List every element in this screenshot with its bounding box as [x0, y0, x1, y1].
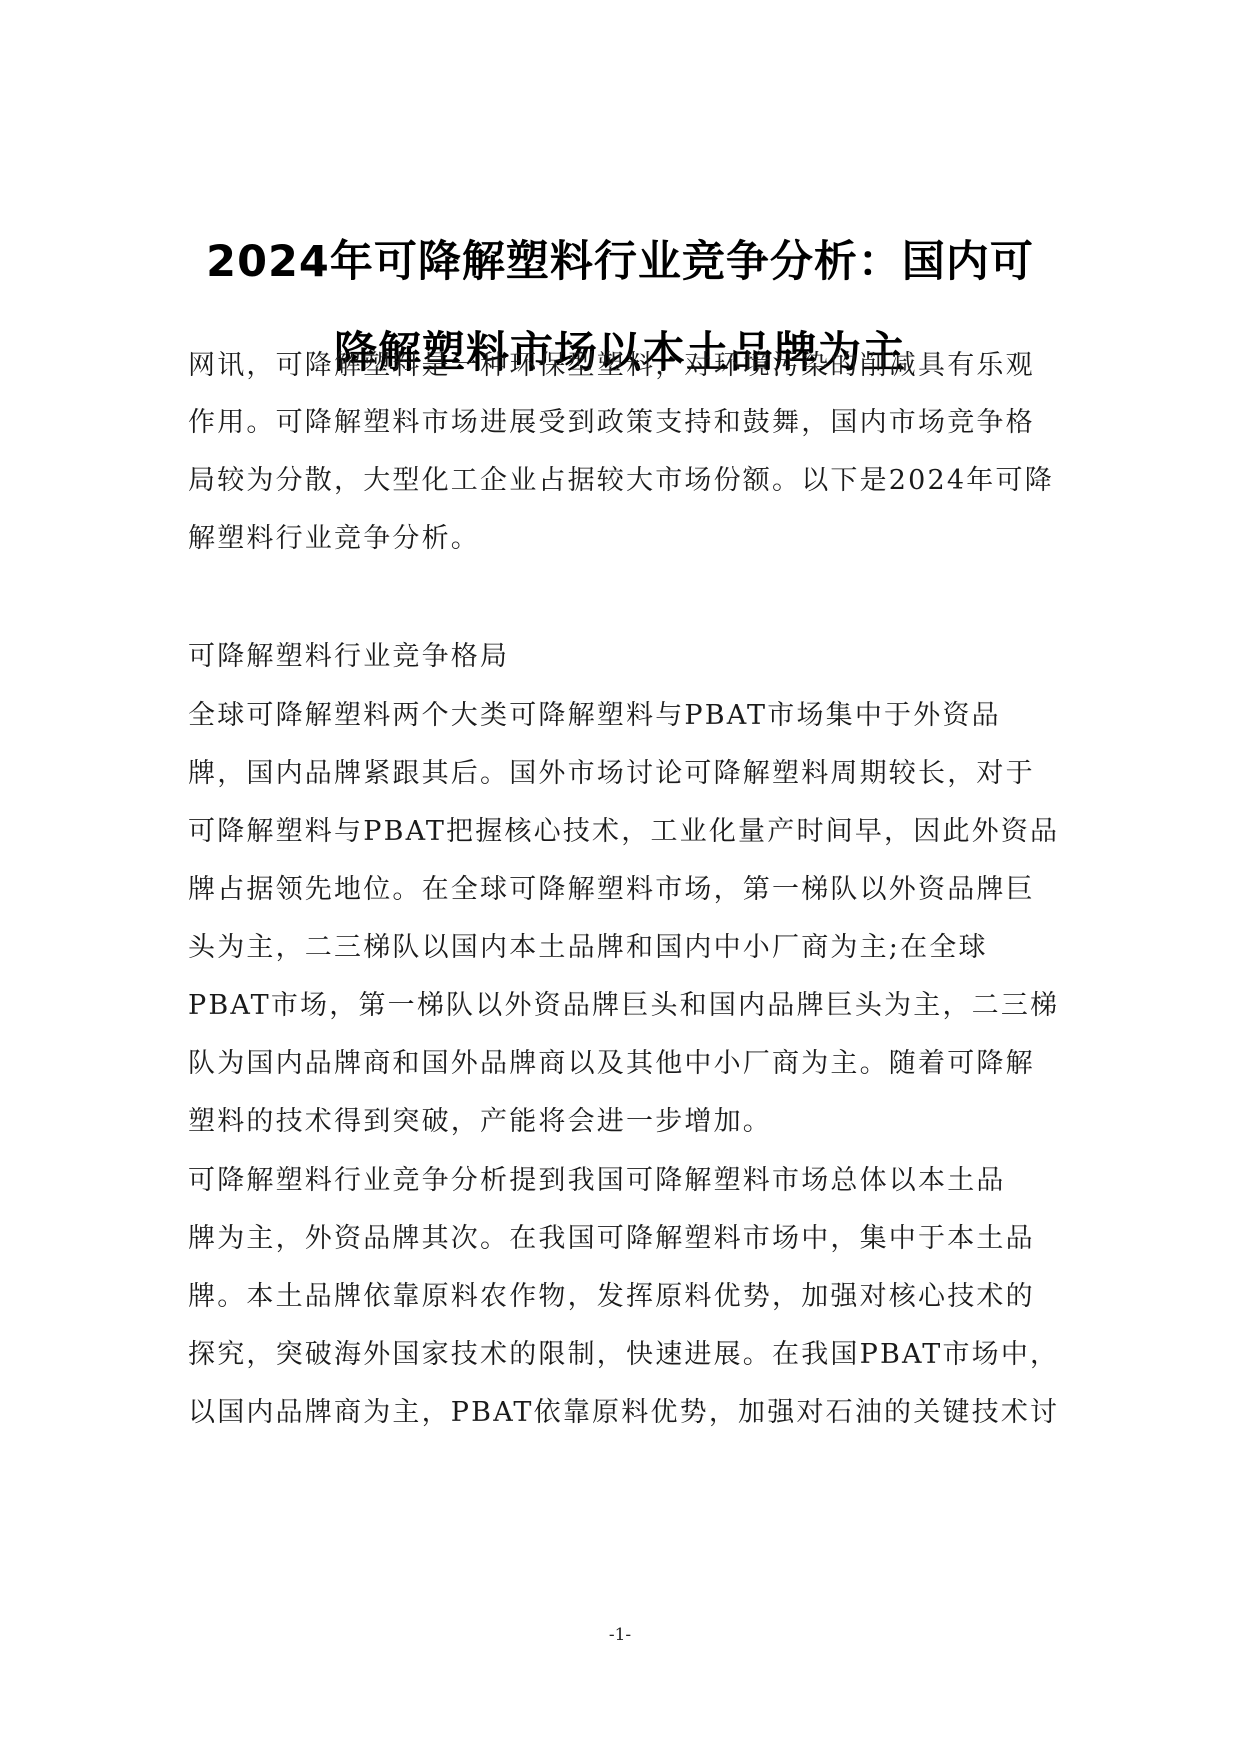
text-line: 可降解塑料与PBAT把握核心技术，工业化量产时间早，因此外资品: [188, 812, 1058, 852]
text-line: 头为主，二三梯队以国内本土品牌和国内中小厂商为主;在全球: [188, 928, 1058, 968]
text-line: 作用。可降解塑料市场进展受到政策支持和鼓舞，国内市场竞争格: [188, 403, 1058, 443]
text-line: 牌，国内品牌紧跟其后。国外市场讨论可降解塑料周期较长，对于: [188, 754, 1058, 794]
text-line: PBAT市场，第一梯队以外资品牌巨头和国内品牌巨头为主，二三梯: [188, 986, 1058, 1026]
text-line: 队为国内品牌商和国外品牌商以及其他中小厂商为主。随着可降解: [188, 1044, 1058, 1084]
text-line: 塑料的技术得到突破，产能将会进一步增加。: [188, 1102, 1058, 1142]
text-line: 牌。本土品牌依靠原料农作物，发挥原料优势，加强对核心技术的: [188, 1277, 1058, 1317]
title-line-1: 2024年可降解塑料行业竞争分析：国内可: [150, 217, 1090, 308]
page-number: -1-: [0, 1623, 1240, 1647]
text-line: 以国内品牌商为主，PBAT依靠原料优势，加强对石油的关键技术讨: [188, 1393, 1058, 1433]
text-line: 网讯，可降解塑料是一种环保型塑料，对环境污染的削减具有乐观: [188, 346, 1058, 386]
section-heading: 可降解塑料行业竞争格局: [188, 637, 1058, 677]
document-page: 2024年可降解塑料行业竞争分析：国内可 降解塑料市场以本土品牌为主 网讯，可降…: [0, 0, 1240, 1753]
text-line: 牌为主，外资品牌其次。在我国可降解塑料市场中，集中于本土品: [188, 1219, 1058, 1259]
text-line: 探究，突破海外国家技术的限制，快速进展。在我国PBAT市场中，: [188, 1335, 1058, 1375]
text-line: 牌占据领先地位。在全球可降解塑料市场，第一梯队以外资品牌巨: [188, 870, 1058, 910]
text-line: 解塑料行业竞争分析。: [188, 519, 1058, 559]
text-line: 全球可降解塑料两个大类可降解塑料与PBAT市场集中于外资品: [188, 696, 1058, 736]
text-line: 局较为分散，大型化工企业占据较大市场份额。以下是2024年可降: [188, 461, 1058, 501]
text-line: 可降解塑料行业竞争分析提到我国可降解塑料市场总体以本土品: [188, 1161, 1058, 1201]
